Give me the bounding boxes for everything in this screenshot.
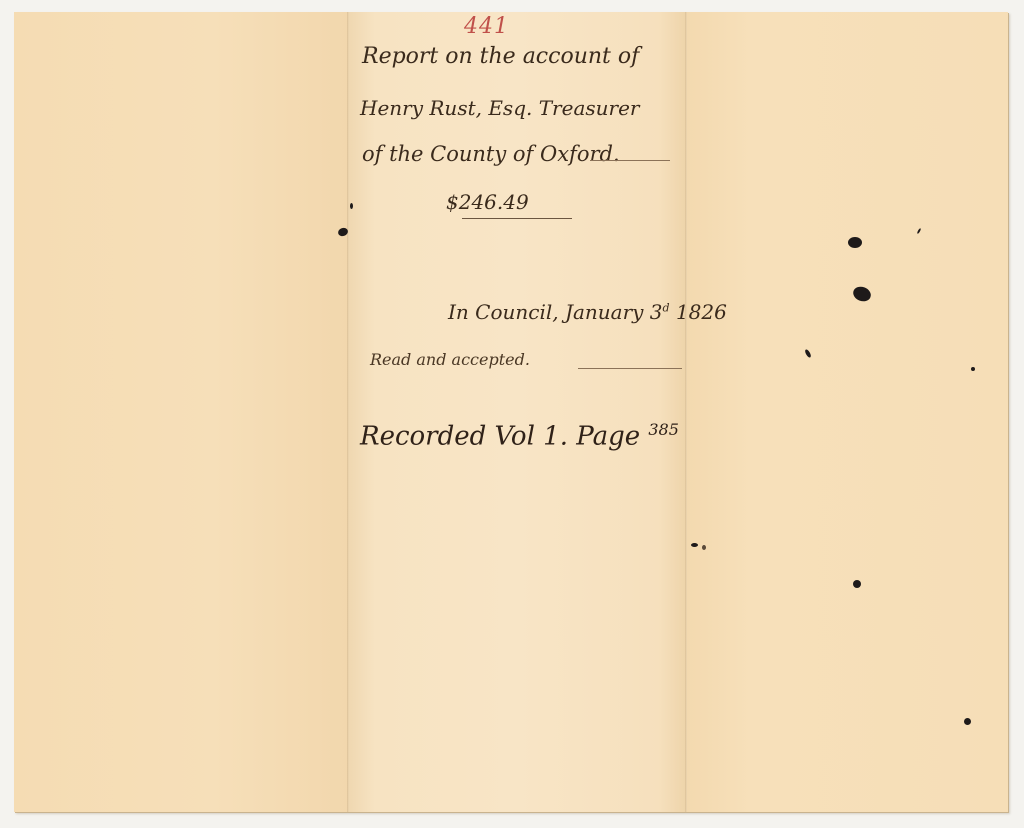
ink-spot [848,237,862,248]
read-accepted: Read and accepted. [370,350,530,369]
document-number: 441 [464,14,509,39]
amount-underline [462,218,572,219]
title-line-2: Henry Rust, Esq. Treasurer [360,96,639,120]
flourish-line [578,368,682,369]
left-panel [14,12,348,812]
recorded-page: 385 [648,420,679,439]
ink-spot [350,203,353,209]
right-panel [686,12,1008,812]
ink-spot [702,545,706,550]
recorded-note: Recorded Vol 1. Page 385 [360,420,679,452]
ink-spot [971,367,975,371]
fold-line [347,12,349,812]
middle-panel [348,12,686,812]
ink-spot [853,580,861,588]
fold-line [685,12,687,812]
council-date-text: In Council, January 3 [448,300,663,324]
amount: $246.49 [446,190,529,214]
council-year: 1826 [676,300,727,324]
ink-spot [691,543,698,547]
council-date: In Council, January 3d 1826 [448,300,727,324]
document-sheet [14,12,1008,812]
flourish-line [590,160,670,161]
title-line-1: Report on the account of [362,44,639,69]
ink-spot [964,718,971,725]
recorded-label: Recorded Vol 1. Page [360,422,640,452]
date-suffix: d [663,301,670,314]
title-line-3: of the County of Oxford. [362,142,620,166]
